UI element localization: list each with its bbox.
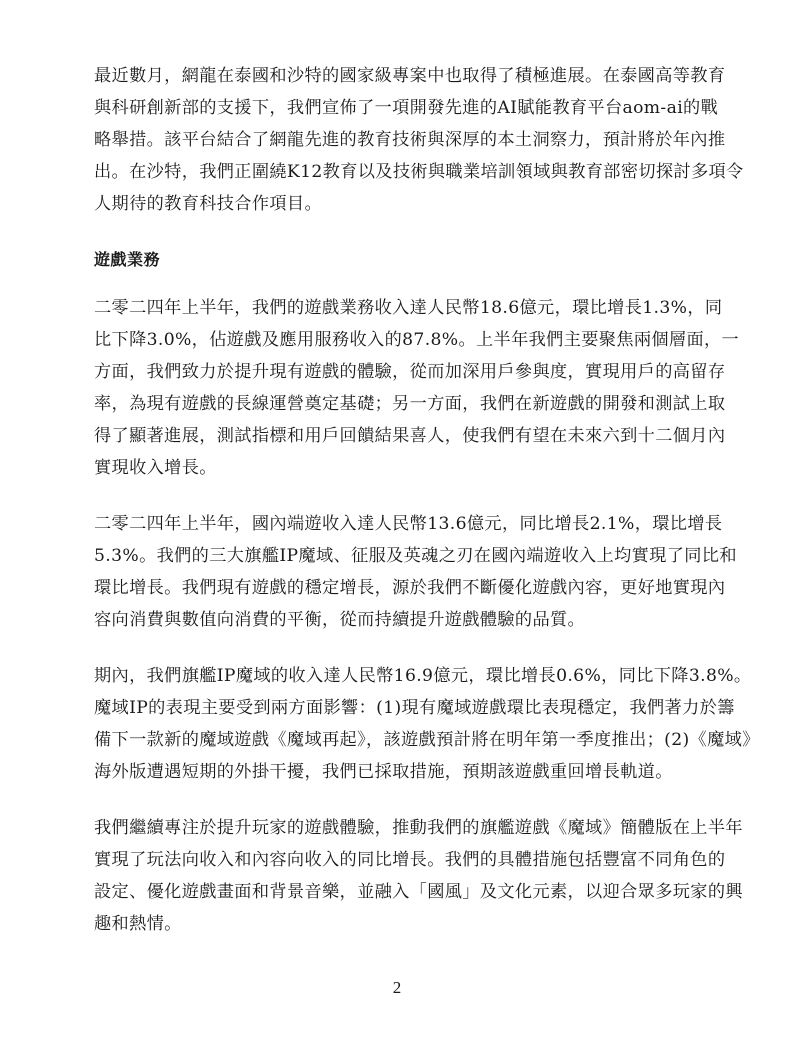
text-line: 出。在沙特，我們正圍繞K12教育以及技術與職業培訓領域與教育部密切探討多項令	[94, 160, 744, 184]
text-line: 魔域IP的表現主要受到兩方面影響：(1)現有魔域遊戲環比表現穩定，我們著力於籌	[94, 696, 735, 720]
text-line: 5.3%。我們的三大旗艦IP魔域、征服及英魂之刃在國內端遊收入上均實現了同比和	[94, 544, 737, 568]
section-heading: 遊戲業務	[94, 248, 160, 272]
text-line: 設定、優化遊戲畫面和背景音樂，並融入「國風」及文化元素，以迎合眾多玩家的興	[94, 880, 743, 904]
text-line: 實現收入增長。	[94, 456, 217, 480]
text-line: 比下降3.0%，佔遊戲及應用服務收入的87.8%。上半年我們主要聚焦兩個層面，一	[94, 328, 739, 352]
text-line: 得了顯著進展，測試指標和用戶回饋結果喜人，使我們有望在未來六到十二個月內	[94, 424, 725, 448]
text-line: 人期待的教育科技合作項目。	[94, 192, 322, 216]
text-line: 最近數月，網龍在泰國和沙特的國家級專案中也取得了積極進展。在泰國高等教育	[94, 64, 725, 88]
text-line: 實現了玩法向收入和內容向收入的同比增長。我們的具體措施包括豐富不同角色的	[94, 848, 725, 872]
text-line: 方面，我們致力於提升現有遊戲的體驗，從而加深用戶參與度，實現用戶的高留存	[94, 360, 725, 384]
text-line: 容向消費與數值向消費的平衡，從而持續提升遊戲體驗的品質。	[94, 608, 585, 632]
text-line: 二零二四年上半年，我們的遊戲業務收入達人民幣18.6億元，環比增長1.3%，同	[94, 296, 722, 320]
text-line: 備下一款新的魔域遊戲《魔域再起》，該遊戲預計將在明年第一季度推出；(2)《魔域》	[94, 728, 760, 752]
text-line: 略舉措。該平台結合了網龍先進的教育技術與深厚的本土洞察力，預計將於年內推	[94, 128, 725, 152]
text-line: 海外版遭遇短期的外掛干擾，我們已採取措施，預期該遊戲重回增長軌道。	[94, 760, 673, 784]
text-line: 趣和熱情。	[94, 912, 182, 936]
page-number: 2	[0, 978, 794, 998]
text-line: 環比增長。我們現有遊戲的穩定增長，源於我們不斷優化遊戲內容，更好地實現內	[94, 576, 725, 600]
text-line: 二零二四年上半年，國內端遊收入達人民幣13.6億元，同比增長2.1%，環比增長	[94, 512, 722, 536]
text-line: 率，為現有遊戲的長線運營奠定基礎；另一方面，我們在新遊戲的開發和測試上取	[94, 392, 725, 416]
text-line: 我們繼續專注於提升玩家的遊戲體驗，推動我們的旗艦遊戲《魔域》簡體版在上半年	[94, 816, 743, 840]
text-line: 與科研創新部的支援下，我們宣佈了一項開發先進的AI賦能教育平台aom-ai的戰	[94, 96, 718, 120]
text-line: 期內，我們旗艦IP魔域的收入達人民幣16.9億元，環比增長0.6%，同比下降3.…	[94, 664, 751, 688]
